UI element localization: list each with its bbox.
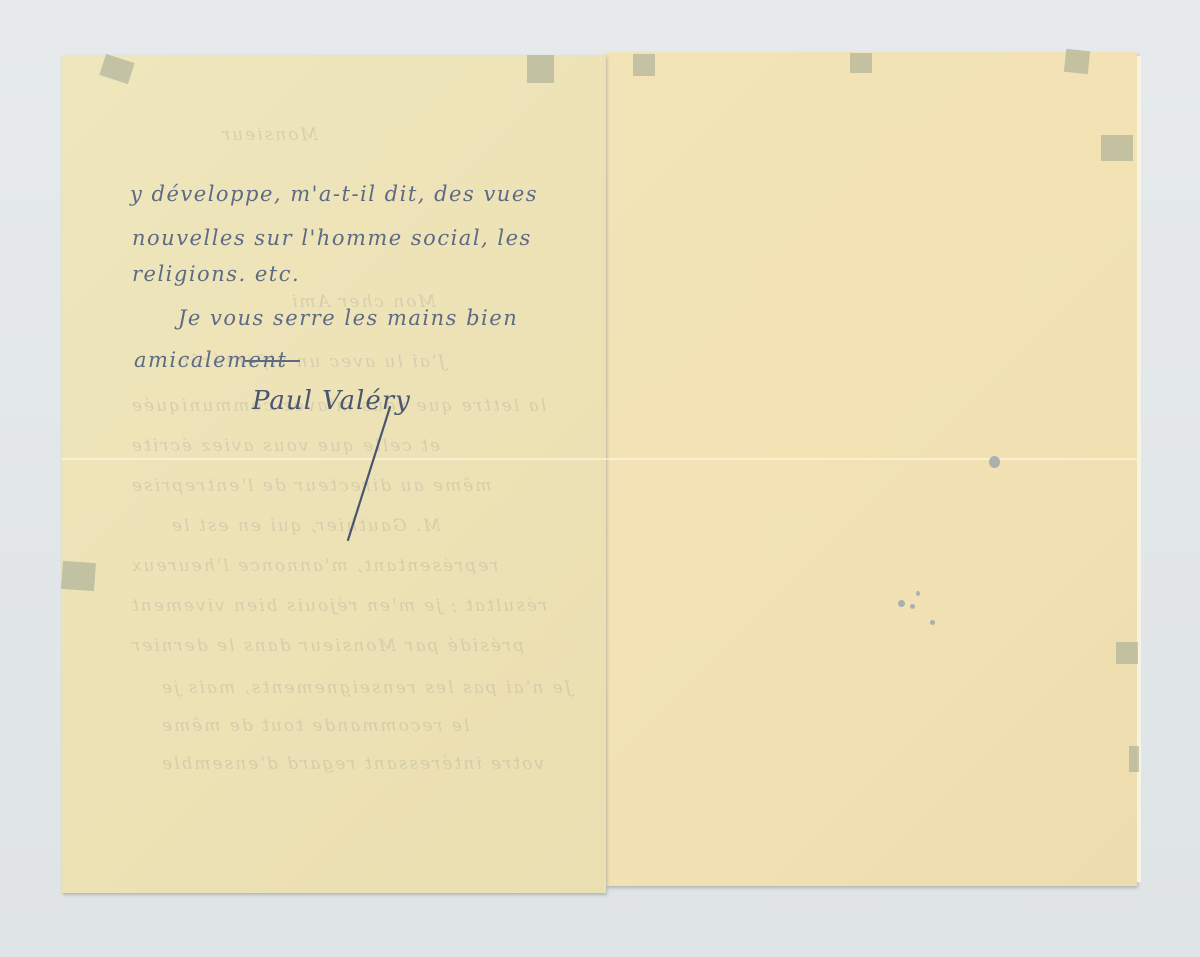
center-fold <box>603 55 606 890</box>
signature-stroke <box>340 405 400 545</box>
letter-line-1: y développe, m'a-t-il dit, des vues <box>130 182 538 206</box>
tape-left-middle <box>61 561 96 591</box>
ink-spot <box>916 591 920 596</box>
ink-spot <box>989 456 1000 468</box>
right-page <box>606 52 1137 886</box>
letter-line-4: Je vous serre les mains bien <box>178 306 518 330</box>
tape-right-upper <box>1101 135 1133 161</box>
tape-top-right-page-left <box>633 54 655 76</box>
ink-spot <box>898 600 905 607</box>
closing-flourish <box>245 360 300 362</box>
tape-right-bottom <box>1129 746 1139 772</box>
tape-top-middle <box>850 53 872 73</box>
horizontal-crease <box>62 458 1137 460</box>
ink-spot <box>930 620 935 625</box>
letter-line-3: religions. etc. <box>132 262 300 286</box>
letter-line-2: nouvelles sur l'homme social, les <box>132 226 532 250</box>
ink-spot <box>910 604 915 609</box>
tape-top-right <box>1064 49 1090 74</box>
tape-top-left-page-right <box>527 55 554 83</box>
tape-right-lower <box>1116 642 1138 664</box>
